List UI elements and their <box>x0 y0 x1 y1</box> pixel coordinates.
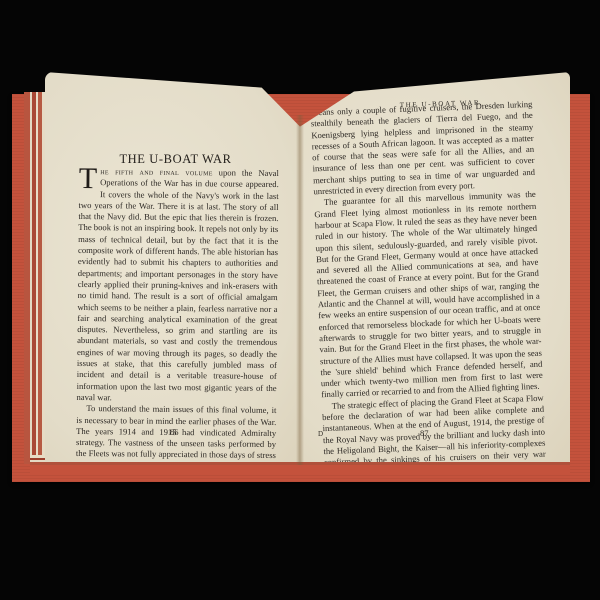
book-gutter <box>296 115 304 465</box>
paragraph: oceans only a couple of fugitive cruiser… <box>310 99 535 198</box>
page-number: 87 <box>420 428 429 438</box>
paragraph: The fifth and final volume upon the Nava… <box>76 166 278 405</box>
page-number: 86 <box>170 427 179 437</box>
signature-mark: D <box>318 430 323 438</box>
paragraph: The guarantee for all this marvellous im… <box>314 189 544 401</box>
chapter-title: THE U-BOAT WAR <box>73 152 278 167</box>
right-page-body: oceans only a couple of fugitive cruiser… <box>310 99 547 462</box>
opening-words: he fifth and final volume <box>100 166 213 177</box>
drop-cap: T <box>79 167 98 191</box>
left-page: THE U-BOAT WAR The fifth and final volum… <box>45 72 300 462</box>
right-page: THE U-BOAT WAR oceans only a couple of f… <box>300 72 570 462</box>
paragraph: The strategic effect of placing the Gran… <box>322 392 547 462</box>
left-page-body: The fifth and final volume upon the Nava… <box>75 166 279 462</box>
